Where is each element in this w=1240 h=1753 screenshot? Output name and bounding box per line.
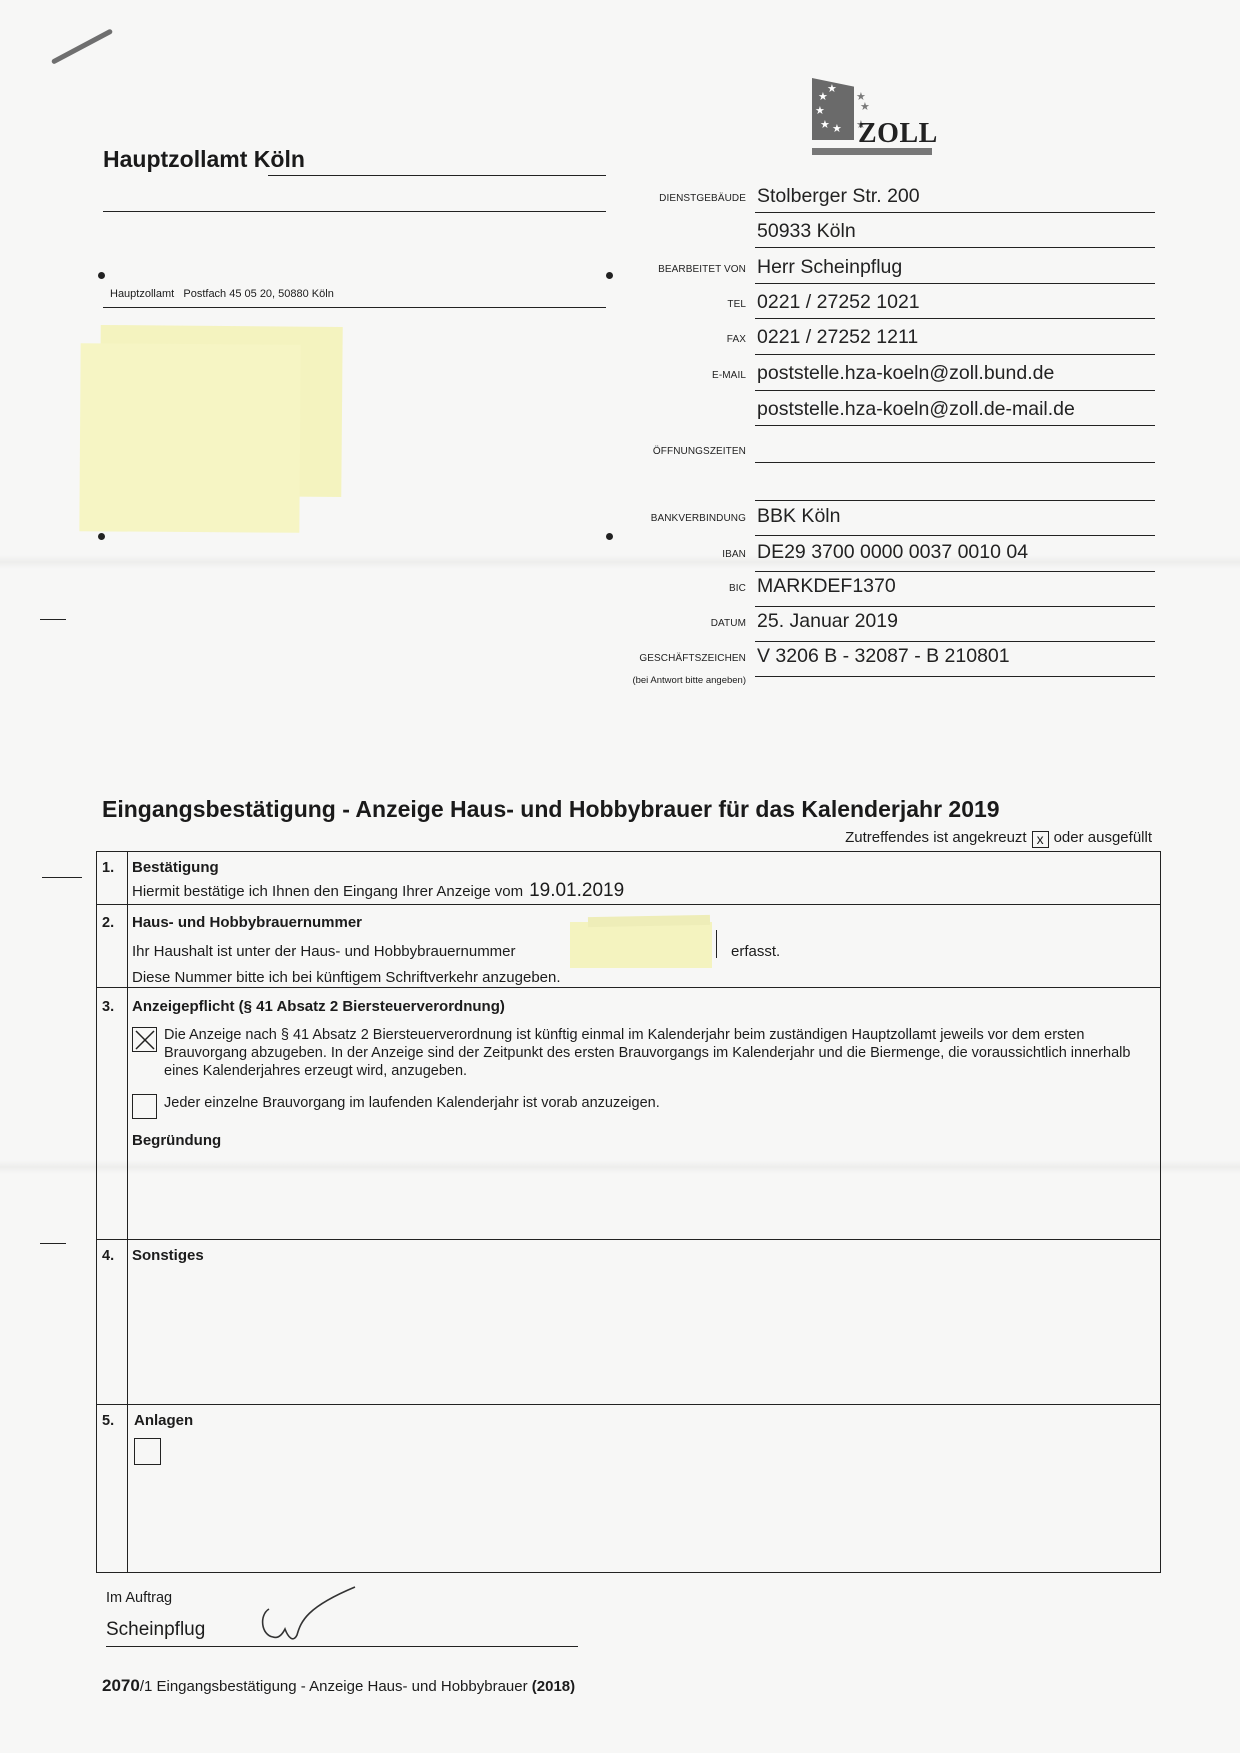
contact-label: Fax	[576, 334, 746, 345]
form-number: 2070	[102, 1676, 140, 1695]
fold-mark	[42, 877, 82, 878]
section-number: 4.	[102, 1248, 114, 1264]
contact-underline	[755, 535, 1155, 536]
section-heading-other: Sonstiges	[132, 1247, 204, 1264]
contact-value: V 3206 B - 32087 - B 210801	[757, 645, 1010, 668]
contact-underline	[755, 676, 1155, 677]
contact-label: BIC	[576, 583, 746, 594]
contact-label: Dienstgebäude	[576, 193, 746, 204]
contact-label: Datum	[576, 618, 746, 629]
contact-underline	[755, 462, 1155, 463]
option-each-brew-checkbox[interactable]	[132, 1094, 157, 1119]
contact-underline	[755, 606, 1155, 607]
contact-value: MARKDEF1370	[757, 575, 896, 598]
contact-label: Öffnungszeiten	[576, 446, 746, 457]
section-number: 1.	[102, 860, 114, 876]
contact-value: 0221 / 27252 1211	[757, 326, 918, 349]
confirmation-text: Hiermit bestätige ich Ihnen den Eingang …	[132, 880, 624, 902]
contact-underline	[755, 641, 1155, 642]
contact-value: 25. Januar 2019	[757, 610, 898, 633]
brewer-number-field-edge	[716, 930, 717, 958]
form-description: /1 Eingangsbestätigung - Anzeige Haus- u…	[140, 1678, 528, 1695]
contact-value: Stolberger Str. 200	[757, 185, 920, 208]
logo-bar	[812, 148, 932, 155]
section-divider	[97, 1239, 1160, 1240]
section-number: 5.	[102, 1413, 114, 1429]
handwritten-signature-icon	[255, 1585, 365, 1655]
sender-label: Hauptzollamt	[110, 288, 174, 300]
fold-mark	[40, 619, 66, 620]
contact-label: Geschäftszeichen	[576, 653, 746, 664]
brewer-number-note: Diese Nummer bitte ich bei künftigem Sch…	[132, 969, 561, 986]
section-heading-confirmation: Bestätigung	[132, 859, 219, 876]
brewer-number-redaction	[588, 915, 710, 927]
number-column-divider	[127, 852, 128, 1572]
contact-underline	[755, 354, 1155, 355]
contact-label: IBAN	[576, 549, 746, 560]
confirmation-sentence: Hiermit bestätige ich Ihnen den Eingang …	[132, 883, 523, 900]
section-heading-notification-duty: Anzeigepflicht (§ 41 Absatz 2 Biersteuer…	[132, 998, 505, 1015]
contact-value: Herr Scheinpflug	[757, 256, 902, 279]
signature-line	[106, 1646, 578, 1647]
contact-value: DE29 3700 0000 0037 0010 04	[757, 541, 1028, 564]
zoll-logo: ★ ★ ★ ★ ★ ★ ★ ★ ZOLL	[812, 78, 932, 160]
redaction-sticky-note	[79, 343, 300, 533]
logo-wordmark: ZOLL	[858, 118, 938, 150]
reason-label: Begründung	[132, 1132, 221, 1149]
option-annual-notice-text: Die Anzeige nach § 41 Absatz 2 Biersteue…	[164, 1026, 1154, 1080]
fold-mark-dot	[98, 272, 105, 279]
section-number: 2.	[102, 915, 114, 931]
contact-underline	[755, 571, 1155, 572]
section-heading-brewer-number: Haus- und Hobbybrauernummer	[132, 914, 362, 931]
option-annual-notice-checkbox[interactable]	[132, 1027, 157, 1052]
option-each-brew-text: Jeder einzelne Brauvorgang im laufenden …	[164, 1094, 1154, 1112]
contact-underline	[755, 425, 1155, 426]
sender-line: Hauptzollamt Postfach 45 05 20, 50880 Kö…	[110, 288, 334, 300]
contact-value: poststelle.hza-koeln@zoll.bund.de	[757, 362, 1054, 385]
checkmark-x-icon	[133, 1028, 158, 1053]
signature-label: Im Auftrag	[106, 1590, 172, 1606]
hint-text: Zutreffendes ist angekreuzt	[845, 829, 1027, 846]
notice-date: 19.01.2019	[529, 880, 624, 901]
attachments-checkbox[interactable]	[134, 1438, 161, 1465]
hint-text: oder ausgefüllt	[1054, 829, 1152, 846]
form-version: (2018)	[532, 1678, 575, 1695]
form-footer: 2070/1 Eingangsbestätigung - Anzeige Hau…	[102, 1676, 575, 1696]
contact-value: 0221 / 27252 1021	[757, 291, 920, 314]
contact-label: Bearbeitet von	[576, 264, 746, 275]
registered-text: erfasst.	[731, 943, 780, 960]
contact-underline	[755, 212, 1155, 213]
contact-underline	[755, 390, 1155, 391]
contact-underline	[755, 283, 1155, 284]
fill-hint: Zutreffendes ist angekreuztxoder ausgefü…	[845, 829, 1152, 848]
reference-note: (bei Antwort bitte angeben)	[576, 675, 746, 686]
document-title: Eingangsbestätigung - Anzeige Haus- und …	[102, 796, 1000, 823]
section-divider	[97, 904, 1160, 905]
section-divider	[97, 987, 1160, 988]
fold-mark	[40, 1243, 66, 1244]
contact-value: BBK Köln	[757, 505, 840, 528]
brewer-number-redaction	[570, 922, 712, 968]
address-window-line	[103, 307, 606, 308]
contact-label: E-Mail	[576, 370, 746, 381]
contact-underline	[755, 500, 1155, 501]
contact-underline	[755, 247, 1155, 248]
section-number: 3.	[102, 999, 114, 1015]
section-heading-attachments: Anlagen	[134, 1412, 193, 1429]
office-name-underline	[268, 175, 606, 176]
fold-mark-dot	[606, 533, 613, 540]
office-name: Hauptzollamt Köln	[103, 146, 305, 173]
contact-underline	[755, 318, 1155, 319]
section-divider	[97, 1404, 1160, 1405]
sender-address: Postfach 45 05 20, 50880 Köln	[183, 288, 333, 300]
hint-checkbox-sample: x	[1032, 831, 1049, 848]
staple-mark	[51, 28, 113, 64]
brewer-number-text: Ihr Haushalt ist unter der Haus- und Hob…	[132, 943, 516, 960]
address-line	[103, 211, 606, 212]
fold-mark-dot	[98, 533, 105, 540]
signatory-name: Scheinpflug	[106, 1619, 205, 1641]
contact-label: Bankverbindung	[576, 513, 746, 524]
contact-label: Tel	[576, 299, 746, 310]
contact-value: 50933 Köln	[757, 220, 856, 243]
contact-value: poststelle.hza-koeln@zoll.de-mail.de	[757, 398, 1075, 421]
